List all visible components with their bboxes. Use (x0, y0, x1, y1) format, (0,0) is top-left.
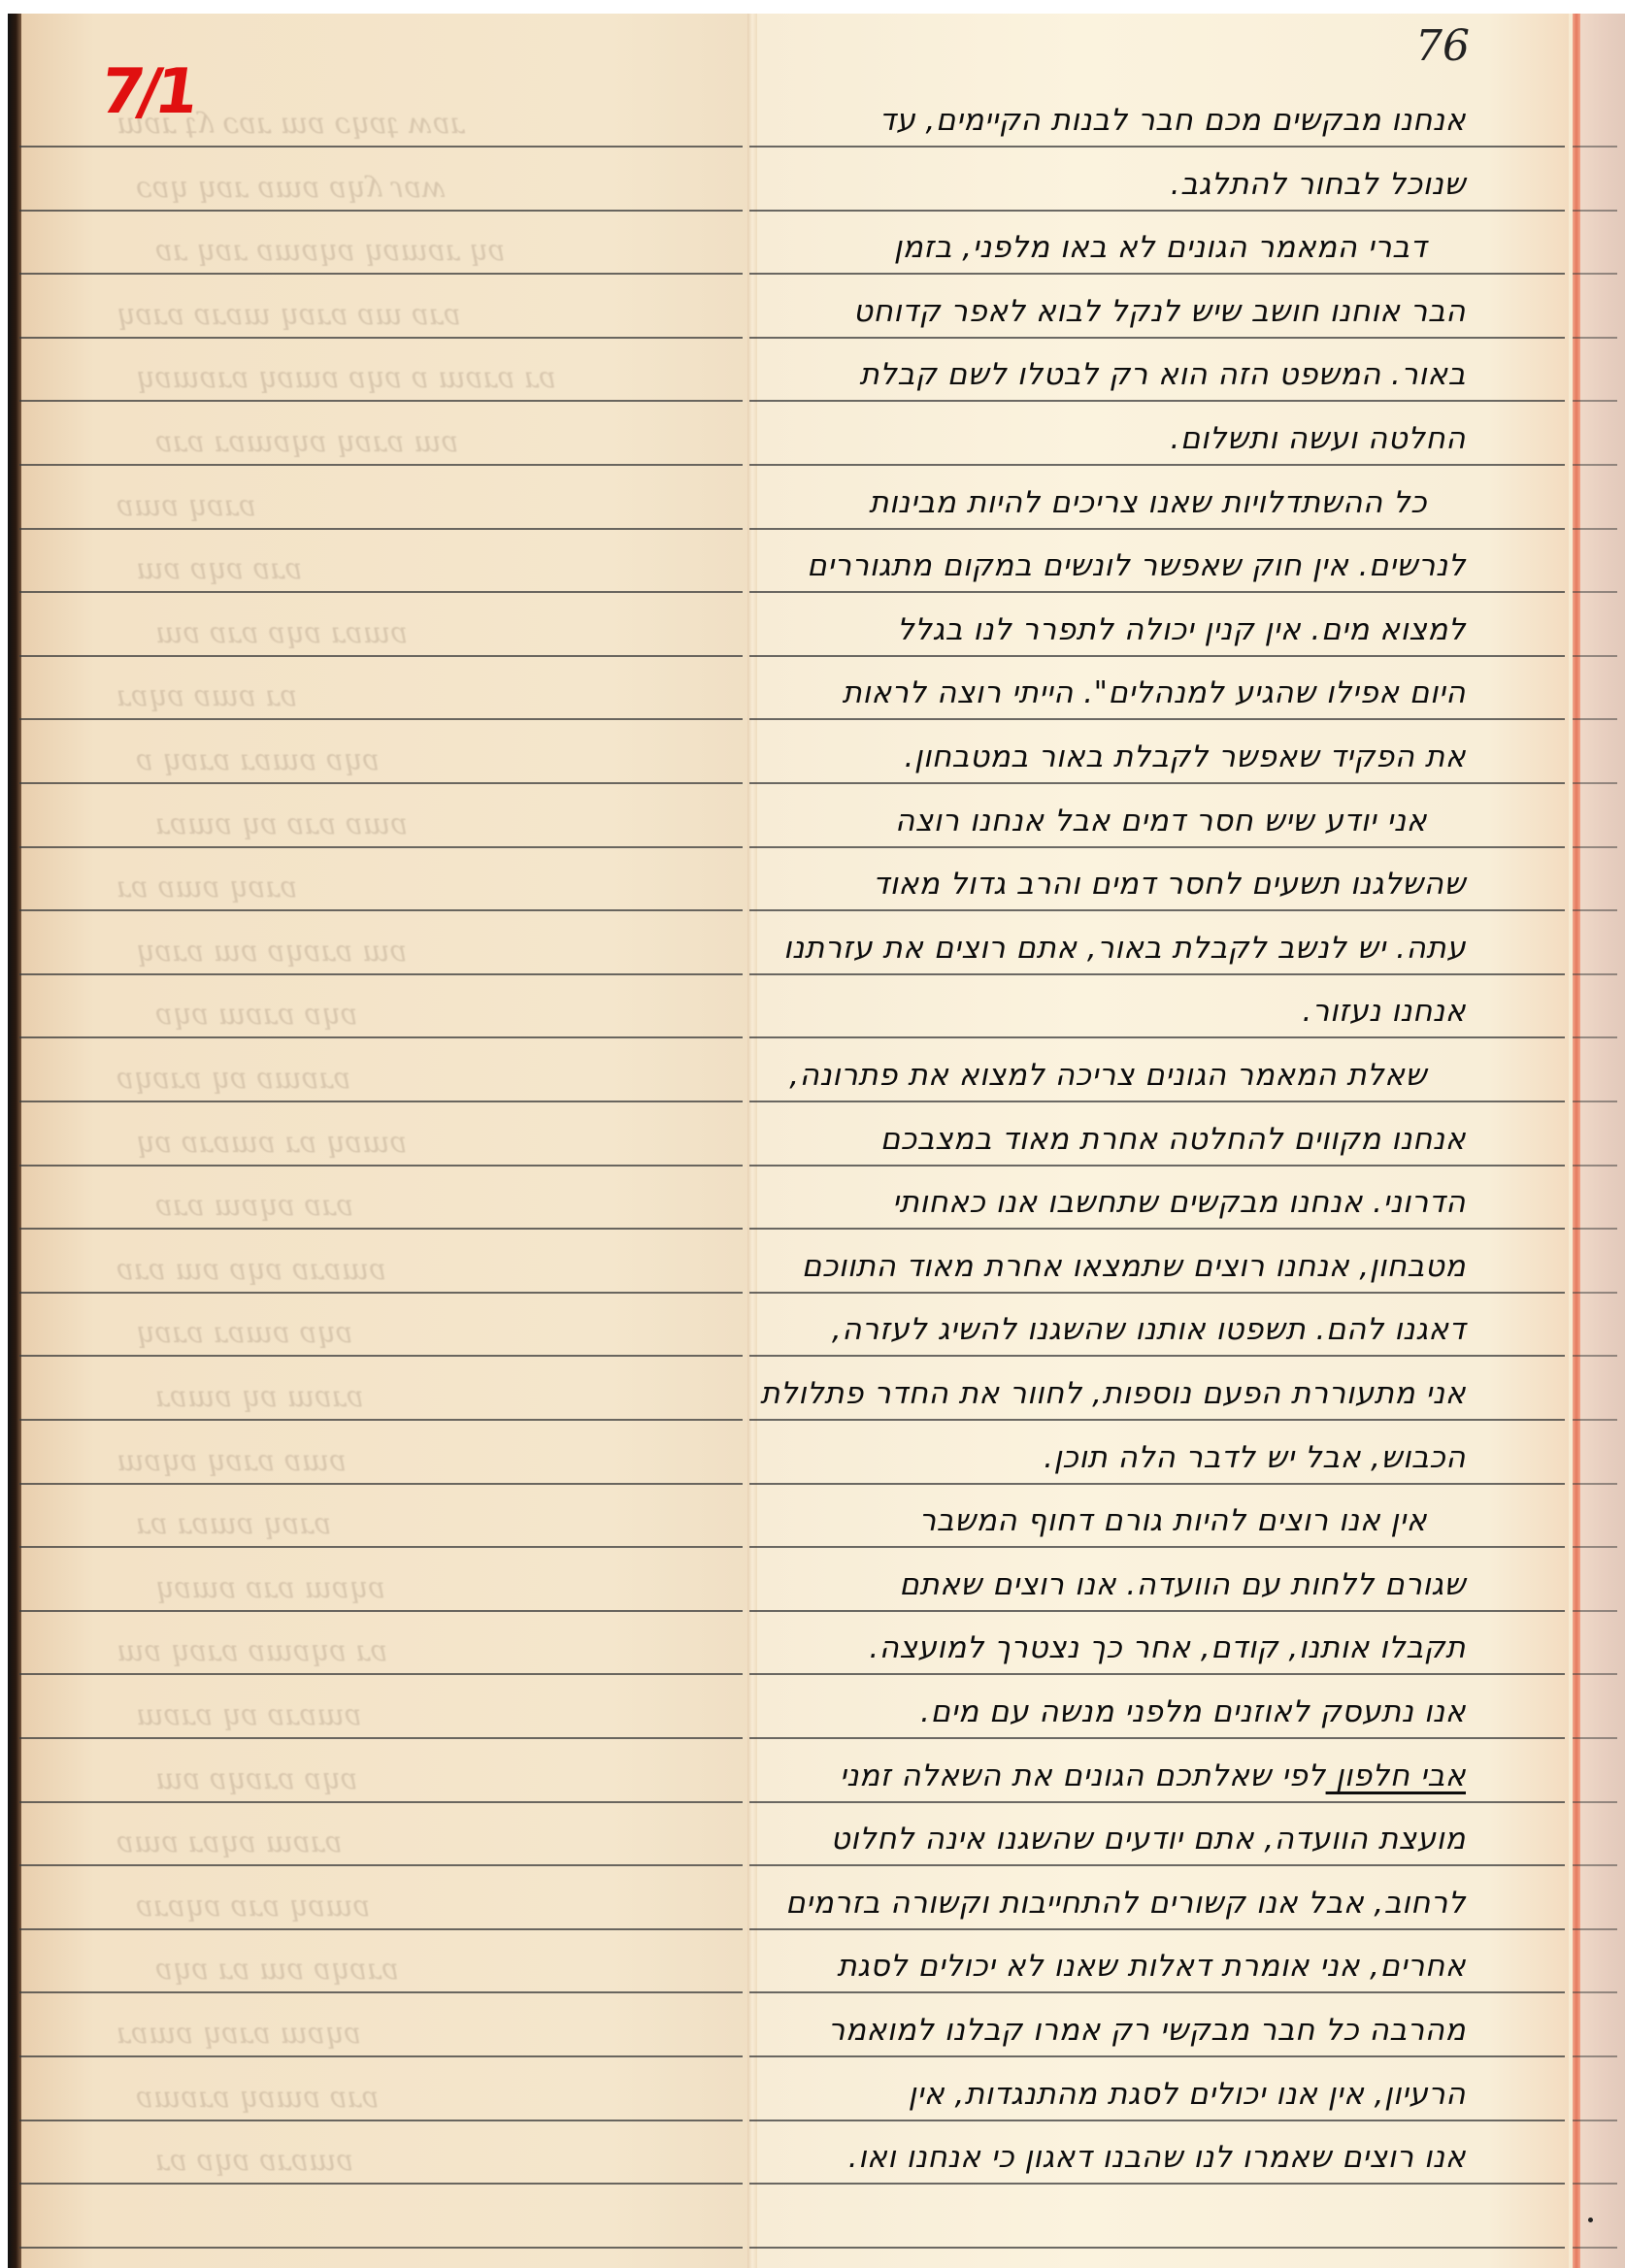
bleed-through-line: ɐɹɐɥ ɐɯɐ (116, 489, 582, 523)
bleed-through-line: ɐɯ ɐɹɐɥ ɐɥɐɯɐɹ ɐɹɐ (155, 425, 680, 459)
bleed-through-line: ɐɹ ɐɹɐɯ ɐ ɐɥɐ ɐɯɐɥ ɐɹɐɯɐɥ (136, 361, 718, 395)
line-text: לרחוב, אבל אנו קשורים להתחייבות וקשורה ב… (785, 1886, 1466, 1921)
rule-line (1573, 1036, 1617, 1038)
line-text: הכבוש, אבל יש לדבר הלה תוכן. (1044, 1440, 1466, 1475)
line-text: אין אנו רוצים להיות גורם דחוף המשבר (919, 1503, 1427, 1538)
rule-line (19, 909, 743, 911)
rule-line (1573, 1801, 1617, 1803)
rule-line (1573, 1419, 1617, 1421)
bleed-through-line: ɐɯɐ ɐɹɐɥ ɐɥɐɯ (116, 1444, 641, 1478)
handwritten-line: אנחנו נעזור. (1303, 994, 1466, 1029)
rule-line (19, 1036, 743, 1038)
rule-line (1573, 464, 1617, 466)
rule-line (19, 1165, 743, 1167)
bleed-through-line: ɐɥɐɯ ɐɹɐ ɐɯɐɥ (155, 1571, 563, 1605)
bleed-through-line: ɐɯɐɹɐ ɐɥɐ ɐɯ ɐɹɐ (116, 1253, 582, 1287)
rule-line (19, 146, 743, 148)
bleed-through-line: ɐɯɐ ɐɹɐ ɐɥ ɐɯɐɹ (155, 807, 563, 841)
rule-line (19, 782, 743, 784)
line-text: לנרשים. אין חוק שאפשר לונשים במקום מתגור… (807, 548, 1466, 583)
rule-line (1573, 718, 1617, 720)
rule-line (19, 273, 743, 275)
rule-line (19, 2183, 743, 2185)
rule-line (1573, 909, 1617, 911)
rule-line (19, 655, 743, 657)
handwritten-line: אני יודע שיש חסר דמים אבל אנחנו רוצה (895, 804, 1427, 838)
handwritten-line: אחרים, אני אומרת דאלות שאנו לא יכולים לס… (837, 1949, 1466, 1984)
rule-line (1573, 337, 1617, 339)
rule-line (1573, 2055, 1617, 2057)
handwritten-line: מועצת הוועדה, אתם יודעים שהשגנו אינה לחל… (831, 1822, 1466, 1857)
handwritten-line: כל ההשתדלויות שאנו צריכים להיות מבינות (869, 485, 1427, 520)
underlined-name: אבי חלפון (1326, 1759, 1466, 1793)
rule-line (1573, 2120, 1617, 2121)
rule-line (1573, 1101, 1617, 1102)
rule-line (1573, 973, 1617, 975)
rule-line (1573, 1737, 1617, 1739)
bleed-through-line: ɐɥɐ ɐɹɐɯ ɐɥɐ (155, 998, 621, 1032)
bleed-through-line: ɐɹɐ ɐɯɐɥ ɐɹɐɯɐ (136, 2081, 544, 2115)
handwritten-line: הכבוש, אבל יש לדבר הלה תוכן. (1044, 1440, 1466, 1475)
bleed-through-line: ɐɯɐɥ ɐɹɐ ɐɥɐɹɐ (136, 1890, 718, 1923)
line-text: אני מתעוררת הפעם נוספות, לחוור את החדר פ… (760, 1376, 1466, 1411)
rule-line (1573, 1928, 1617, 1930)
handwritten-line: דאגנו להם. תשפטו אותנו שהשגנו להשיג לעזר… (832, 1312, 1466, 1347)
bleed-through-line: ʍɐɾ ʎɥɐ ɐɯɐ ɹɐɥ ɥɐɔ (136, 171, 660, 205)
line-text: אנחנו מקווים להחלטה אחרת מאוד במצבכם (880, 1122, 1466, 1157)
bleed-through-line: ɐɹɐ ɯɐ ɐɹɐɥ ɯɐɹɐ ɐɹɐɥ (116, 298, 524, 332)
rule-line (1573, 210, 1617, 212)
rule-line (1573, 1483, 1617, 1485)
handwritten-line: דברי המאמר הגונים לא באו מלפני, בזמן (894, 230, 1427, 265)
rule-line (1573, 2247, 1617, 2249)
handwritten-line: מהרבה כל חבר מבקשי רק אמרו קבלנו למואמר (828, 2013, 1466, 2048)
line-text: שהשלגנו תשעים לחסר דמים והרב גדול מאוד (873, 867, 1466, 902)
rule-line (19, 400, 743, 402)
handwritten-line: לנרשים. אין חוק שאפשר לונשים במקום מתגור… (807, 548, 1466, 583)
bleed-through-line: ɐɥ ɹɐɯɐɥ ɐɥɐɯɐ ɹɐɥ ɹɐ (155, 234, 621, 268)
rule-line (19, 2055, 743, 2057)
rule-line (19, 1928, 743, 1930)
rule-line (19, 2247, 743, 2249)
handwritten-line: את הפקיד שאפשר לקבלת באור במטבחון. (905, 740, 1466, 774)
bleed-through-line: ɐɹ ɐɥɐɯɐ ɐɹɐɥ ɐɯ (116, 1634, 699, 1668)
handwritten-line: באור. המשפט הזה הוא רק לבטלו לשם קבלת (859, 357, 1466, 392)
handwritten-line: שאלת המאמר הגונים צריכה למצוא את פתרונה, (789, 1058, 1427, 1093)
rule-line (19, 1228, 743, 1230)
rule-line (19, 528, 743, 530)
handwritten-line: אנו רוצים שאמרו לנו שהבנו דאגון כי אנחנו… (848, 2140, 1466, 2175)
rule-line (19, 718, 743, 720)
bleed-through-line: ɐɯɐɥ ɐɹ ɐɯɐɹɐ ɐɥ (136, 1126, 718, 1160)
rule-line (19, 973, 743, 975)
line-text: אנו רוצים שאמרו לנו שהבנו דאגון כי אנחנו… (848, 2140, 1466, 2175)
handwritten-line: שנוכל לבחור להתלגב. (1171, 167, 1466, 202)
bleed-through-line: ɐɥɐ ɐɯɐɹ ɐɹɐɥ ɐ (136, 743, 602, 777)
handwritten-line: אבי חלפון לפי שאלתכם הגונים את השאלה זמנ… (840, 1759, 1466, 1793)
rule-line (1573, 1165, 1617, 1167)
handwritten-line: הבר אוחנו חושב שיש לנקל לבוא לאפר קדוחט (853, 294, 1466, 329)
bleed-through-line: ɐɹɐɥ ɐɯɐ ɐɹ (116, 871, 699, 904)
handwritten-line: הרעיון, אין אנו יכולים לסגת מהתנגדות, אי… (909, 2077, 1467, 2112)
bleed-through-line: ɐɥɐɯ ɐɹɐɥ ɐɯɐɹ (116, 2017, 582, 2051)
line-text: מהרבה כל חבר מבקשי רק אמרו קבלנו למואמר (828, 2013, 1466, 2048)
line-text: לפי שאלתכם הגונים את השאלה זמני (840, 1759, 1326, 1793)
line-text: אנחנו מבקשים מכם חבר לבנות הקיימים, עד (879, 103, 1466, 138)
line-text: עתה. יש לנשב לקבלת באור, אתם רוצים את עז… (783, 931, 1466, 966)
line-text: היום אפילו שהגיע למנהלים". הייתי רוצה לר… (843, 675, 1466, 710)
rule-line (19, 1864, 743, 1866)
rule-line (19, 1610, 743, 1612)
rule-line (19, 464, 743, 466)
handwritten-line: אני מתעוררת הפעם נוספות, לחוור את החדר פ… (760, 1376, 1466, 1411)
handwritten-line: לרחוב, אבל אנו קשורים להתחייבות וקשורה ב… (785, 1886, 1466, 1921)
line-text: החלטה ועשה ותשלום. (1170, 421, 1466, 456)
rule-line (1573, 1228, 1617, 1230)
rule-line (19, 846, 743, 848)
handwritten-line: למצוא מים. אין קנין יכולה לתפרר לנו בגלל (897, 612, 1466, 647)
rule-line (1573, 591, 1617, 593)
handwritten-text-block: אנחנו מבקשים מכם חבר לבנות הקיימים, עדשנ… (767, 0, 1505, 2268)
rule-line (1573, 273, 1617, 275)
line-text: שאלת המאמר הגונים צריכה למצוא את פתרונה, (789, 1058, 1427, 1093)
rule-line (1573, 846, 1617, 848)
rule-line (19, 1737, 743, 1739)
bleed-through-line: ɐɹ ɐɯɐ ɐɥɐɹ (116, 679, 641, 713)
bleed-through-line: ɹɐʍ ʇɐɥɔ ɐɯ ɹɐɔ ʎʇ ɹɐɯ (116, 107, 699, 141)
handwritten-line: הדרוני. אנחנו מבקשים שתחשבו אנו כאחותי (892, 1185, 1466, 1220)
line-text: תקבלו אותנו, קודם, אחר כך נצטרך למועצה. (869, 1630, 1466, 1665)
line-text: דברי המאמר הגונים לא באו מלפני, בזמן (894, 230, 1427, 265)
bleed-through-line: ɐɹɐɯɐ ɐɥ ɐɹɐɥɐ (116, 1062, 524, 1096)
handwritten-line: שהשלגנו תשעים לחסר דמים והרב גדול מאוד (873, 867, 1466, 902)
rule-line (19, 1546, 743, 1548)
rule-line (1573, 1991, 1617, 1993)
rule-line (1573, 1864, 1617, 1866)
bleed-through-line: ɐɹɐɯ ɐɥɐɹ ɐɯɐ (116, 1825, 524, 1859)
rule-line (19, 1991, 743, 1993)
handwritten-line: מטבחון, אנחנו רוצים שתמצאו אחרת מאוד התו… (802, 1249, 1466, 1284)
bleed-through-line: ɐɹɐɥ ɐɯɐɹ ɐɹ (136, 1507, 602, 1541)
bleed-through-line: ɐɥɐ ɐɯɐɹ ɐɹɐɥ (136, 1316, 544, 1350)
handwritten-line: אנחנו מבקשים מכם חבר לבנות הקיימים, עד (879, 103, 1466, 138)
handwritten-line: היום אפילו שהגיע למנהלים". הייתי רוצה לר… (843, 675, 1466, 710)
rule-line (1573, 655, 1617, 657)
rule-line (1573, 1610, 1617, 1612)
line-text: דאגנו להם. תשפטו אותנו שהשגנו להשיג לעזר… (832, 1312, 1466, 1347)
rule-line (19, 1101, 743, 1102)
rule-line (19, 1355, 743, 1357)
bleed-through-line: ɐɥɐ ɐɹɐɥɐ ɐɯ (155, 1762, 621, 1796)
rule-line (1573, 1355, 1617, 1357)
line-text: הבר אוחנו חושב שיש לנקל לבוא לאפר קדוחט (853, 294, 1466, 329)
handwritten-line: שגורם ללחות עם הוועדה. אנו רוצים שאתם (899, 1567, 1466, 1602)
rule-line (19, 337, 743, 339)
line-text: אנו נתעסק לאוזנים מלפני מנשה עם מים. (920, 1694, 1466, 1729)
line-text: את הפקיד שאפשר לקבלת באור במטבחון. (905, 740, 1466, 774)
handwritten-line: תקבלו אותנו, קודם, אחר כך נצטרך למועצה. (869, 1630, 1466, 1665)
rule-line (1573, 782, 1617, 784)
line-text: מטבחון, אנחנו רוצים שתמצאו אחרת מאוד התו… (802, 1249, 1466, 1284)
rule-line (1573, 400, 1617, 402)
rule-line (19, 1673, 743, 1675)
rule-line (19, 210, 743, 212)
bleed-through-line: ɐɹɐ ɐɥɐɯ ɐɹɐ (155, 1189, 680, 1223)
line-text: אני יודע שיש חסר דמים אבל אנחנו רוצה (895, 804, 1427, 838)
rule-line (1573, 1292, 1617, 1294)
rule-line (1573, 2183, 1617, 2185)
handwritten-line: עתה. יש לנשב לקבלת באור, אתם רוצים את עז… (783, 931, 1466, 966)
rule-line (1573, 146, 1617, 148)
line-text: באור. המשפט הזה הוא רק לבטלו לשם קבלת (859, 357, 1466, 392)
rule-line (19, 591, 743, 593)
bleed-through-line: ɐɯɐɹɐ ɐɥɐ ɐɹ (155, 2144, 738, 2178)
line-text: הרעיון, אין אנו יכולים לסגת מהתנגדות, אי… (909, 2077, 1467, 2112)
rule-line (19, 2120, 743, 2121)
line-text: למצוא מים. אין קנין יכולה לתפרר לנו בגלל (897, 612, 1466, 647)
line-text: הדרוני. אנחנו מבקשים שתחשבו אנו כאחותי (892, 1185, 1466, 1220)
line-text: מועצת הוועדה, אתם יודעים שהשגנו אינה לחל… (831, 1822, 1466, 1857)
handwritten-line: החלטה ועשה ותשלום. (1170, 421, 1466, 456)
bleed-through-line: ɐɯɐɹɐ ɐɥ ɐɹɐɯ (136, 1698, 660, 1732)
bleed-through-line: ɐɹɐɥɐ ɐɯ ɐɹ ɐɥɐ (155, 1953, 680, 1987)
rule-line (19, 1419, 743, 1421)
line-text: שגורם ללחות עם הוועדה. אנו רוצים שאתם (899, 1567, 1466, 1602)
ink-dot (1588, 2218, 1593, 2222)
rule-line (19, 1801, 743, 1803)
bleed-through-line: ɐɹɐɯ ɐɥ ɐɯɐɹ (155, 1380, 738, 1414)
bleed-through-line: ɐɯɐɹ ɐɥɐ ɐɹɐ ɐɯ (155, 616, 738, 650)
line-text: כל ההשתדלויות שאנו צריכים להיות מבינות (869, 485, 1427, 520)
line-text: שנוכל לבחור להתלגב. (1171, 167, 1466, 202)
red-annotation: 7/1 (96, 56, 198, 128)
bleed-through-line: ɐɯ ɐɹɐɥɐ ɐɯ ɐɹɐɥ (136, 935, 660, 969)
line-text: אנחנו נעזור. (1303, 994, 1466, 1029)
rule-line (1573, 528, 1617, 530)
line-text: אחרים, אני אומרת דאלות שאנו לא יכולים לס… (837, 1949, 1466, 1984)
rule-line (19, 1483, 743, 1485)
handwritten-line: אין אנו רוצים להיות גורם דחוף המשבר (919, 1503, 1427, 1538)
rule-line (1573, 1546, 1617, 1548)
bleed-through-line: ɐɹɐ ɐɥɐ ɐɯ (136, 552, 544, 586)
rule-line (19, 1292, 743, 1294)
handwritten-line: אנו נתעסק לאוזנים מלפני מנשה עם מים. (920, 1694, 1466, 1729)
handwritten-line: אנחנו מקווים להחלטה אחרת מאוד במצבכם (880, 1122, 1466, 1157)
rule-line (1573, 1673, 1617, 1675)
